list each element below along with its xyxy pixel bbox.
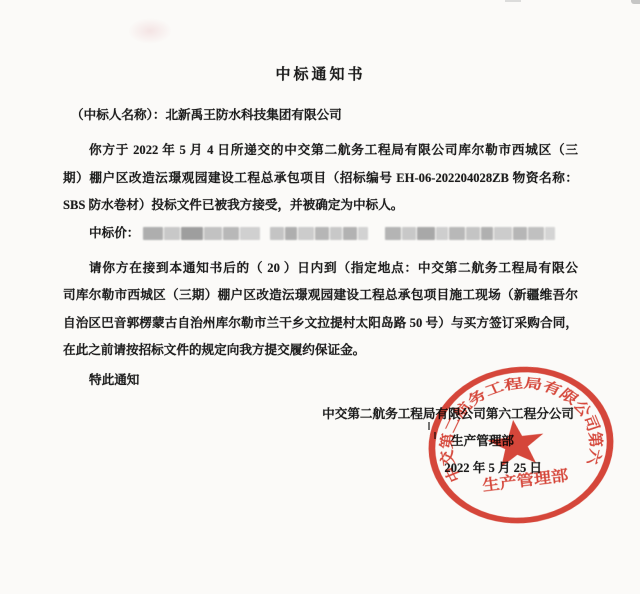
seal-ring-text-holder: 中交第二航务工程局有限公司第六工程分公司 <box>416 353 609 488</box>
scan-smudge <box>128 18 172 44</box>
body-line-3: SBS 防水卷材）投标文件已被我方接受，并被确定为中标人。 <box>63 192 578 219</box>
body-line-7: 在此之前请按招标文件的规定向我方提交履约保证金。 <box>63 337 578 364</box>
redacted-bid-price <box>143 227 555 240</box>
star-icon <box>485 416 547 468</box>
body-line-2: 期）棚户区改造沄璟观园建设工程总承包项目（招标编号 EH-06-20220402… <box>63 165 578 192</box>
bid-price-label: 中标价： <box>89 220 139 247</box>
scan-artifact <box>505 0 521 2</box>
company-seal: 中交第二航务工程局有限公司第六工程分公司 生产管理部 <box>416 353 626 537</box>
seal-department-text: 生产管理部 <box>481 466 569 494</box>
recipient-label: （中标人名称）： <box>71 108 165 122</box>
scan-artifact-corner <box>631 0 640 4</box>
body-line-6: 自治区巴音郭楞蒙古自治州库尔勒市兰干乡文拉提村太阳岛路 50 号）与买方签订采购… <box>63 310 578 337</box>
recipient-line: （中标人名称）：北新禹王防水科技集团有限公司 <box>63 102 578 129</box>
body-line-1: 你方于 2022 年 5 月 4 日所递交的中交第二航务工程局有限公司库尔勒市西… <box>63 137 578 164</box>
document-title: 中标通知书 <box>63 64 578 86</box>
seal-ring-text: 中交第二航务工程局有限公司第六工程分公司 <box>416 353 609 488</box>
body-line-5: 司库尔勒市西城区（三期）棚户区改造沄璟观园建设工程总承包项目施工现场（新疆维吾尔 <box>63 282 578 309</box>
recipient-value: 北新禹王防水科技集团有限公司 <box>165 108 341 122</box>
body-line-4: 请你方在接到本通知书后的（ 20 ）日内到（指定地点：中交第二航务工程局有限公 <box>63 255 578 282</box>
scanned-document-page: 中标通知书 （中标人名称）：北新禹王防水科技集团有限公司 你方于 2022 年 … <box>0 0 640 594</box>
bid-price-line: 中标价： <box>63 220 578 247</box>
